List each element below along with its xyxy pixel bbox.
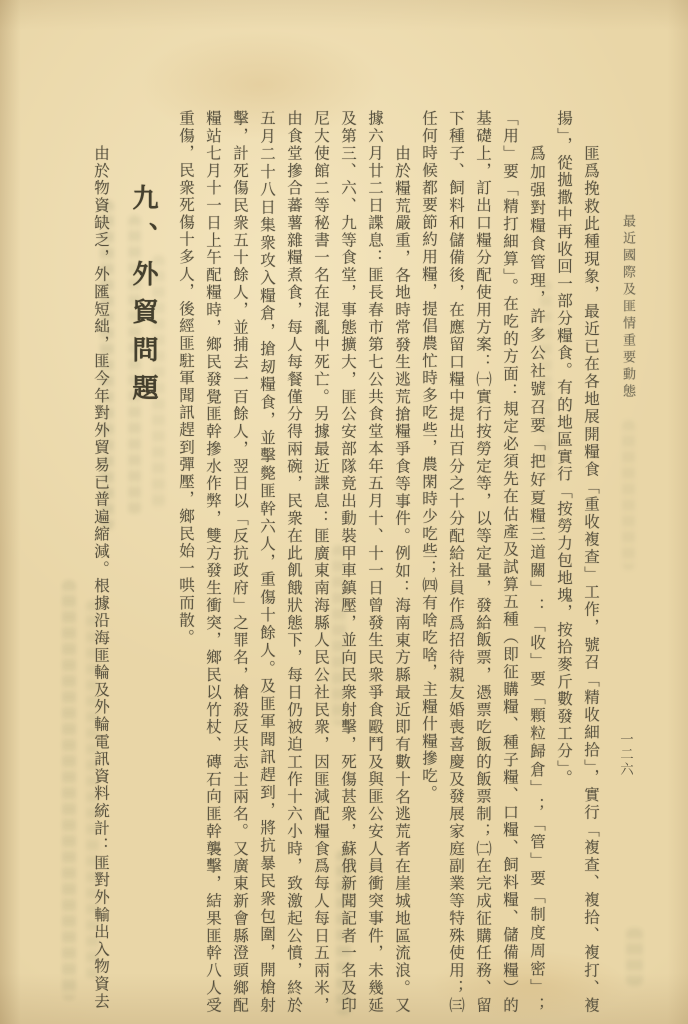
running-header: 最近國際及匪情重要動態 <box>619 214 638 401</box>
section-heading-foreign-trade: 九、外貿問題 <box>125 110 161 1014</box>
bleed-through-smudge <box>622 420 635 570</box>
paragraph-famine-incidents: 由於糧荒嚴重，各地時常發生逃荒搶糧爭食等事件。例如：海南東方縣最近即有數十名逃荒… <box>172 110 415 1014</box>
paragraph-foreign-trade: 由於物資缺乏，外匯短絀，匪今年對外貿易已普遍縮減。根據沿海匪輪及外輪電訊資料統計… <box>87 110 114 1014</box>
article-body: 匪爲挽救此種現象，最近已在各地展開糧食「重收複查」工作，號召「精收細拾」，實行「… <box>87 110 604 1014</box>
paragraph-grain-recovery: 匪爲挽救此種現象，最近已在各地展開糧食「重收複查」工作，號召「精收細拾」，實行「… <box>550 110 604 1014</box>
scanned-document-page: 最近國際及匪情重要動態 一二六 匪爲挽救此種現象，最近已在各地展開糧食「重收複查… <box>0 0 688 1024</box>
page-number: 一二六 <box>615 732 635 777</box>
paragraph-grain-management: 爲加强對糧食管理，許多公社號召要「把好夏糧三道關」：「收」要「顆粒歸倉」；「管」… <box>415 110 550 1014</box>
bleed-through-smudge <box>626 928 643 986</box>
bleed-through-smudge <box>62 580 76 1000</box>
